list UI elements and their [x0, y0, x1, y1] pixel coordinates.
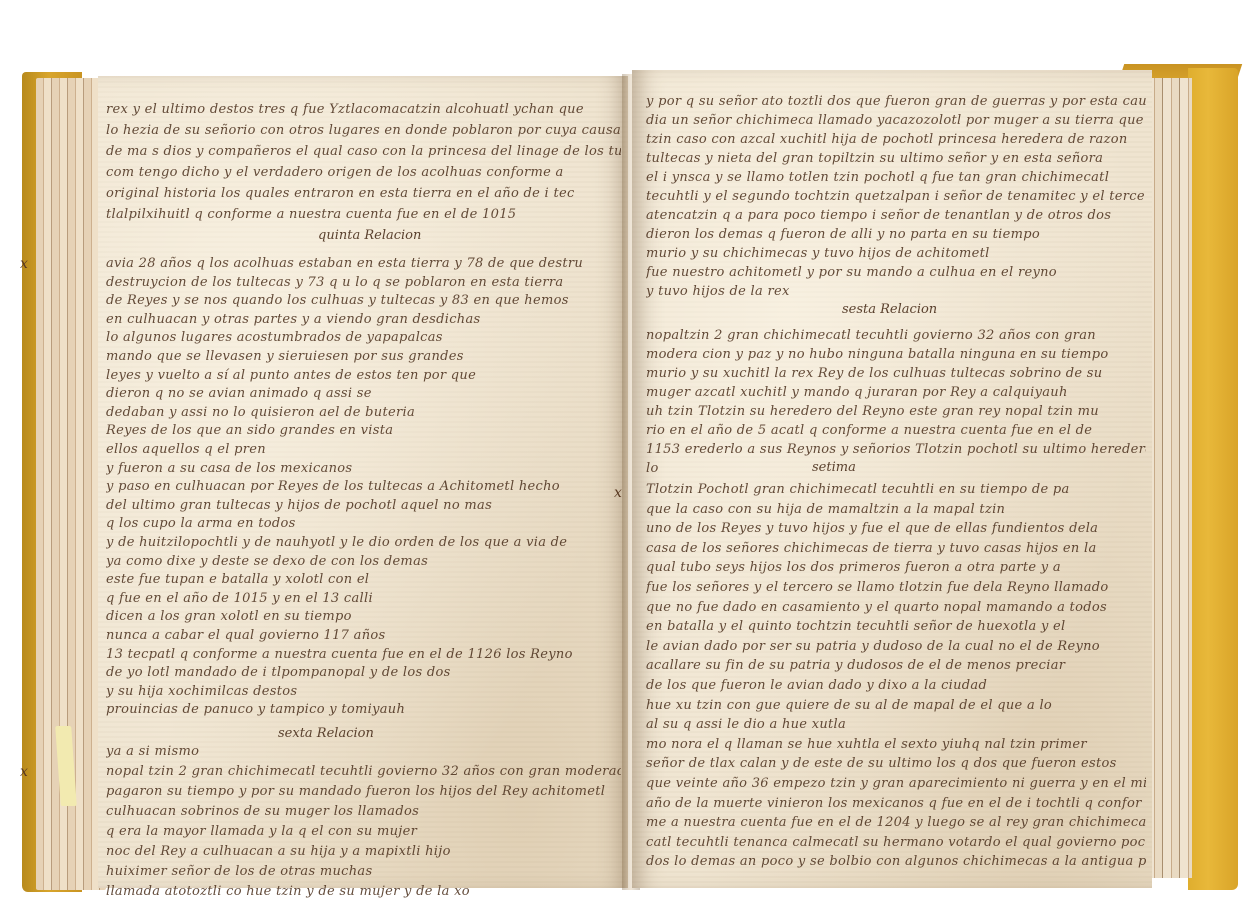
handwritten-line: al su q assi le dio a hue xutla: [646, 717, 1146, 732]
handwritten-line: lo algunos lugares acostumbrados de yapa…: [106, 330, 621, 345]
handwritten-line: y su hija xochimilcas destos: [106, 684, 621, 699]
handwritten-line: avia 28 años q los acolhuas estaban en e…: [106, 256, 621, 271]
handwritten-line: murio y su xuchitl la rex Rey de los cul…: [646, 366, 1146, 381]
handwritten-line: y tuvo hijos de la rex: [646, 284, 1146, 299]
right-page: y por q su señor ato toztli dos que fuer…: [632, 70, 1152, 888]
handwritten-line: y de huitzilopochtli y de nauhyotl y le …: [106, 535, 621, 550]
handwritten-line: q era la mayor llamada y la q el con su …: [106, 824, 621, 839]
handwritten-line: lo: [646, 461, 1146, 476]
manuscript-photo: rex y el ultimo destos tres q fue Yztlac…: [0, 0, 1260, 922]
right-heading-setima: setima: [812, 460, 856, 475]
handwritten-line: tlalpilxihuitl q conforme a nuestra cuen…: [106, 207, 621, 222]
handwritten-line: que la caso con su hija de mamaltzin a l…: [646, 502, 1146, 517]
handwritten-line: catl tecuhtli tenanca calmecatl su herma…: [646, 835, 1146, 850]
handwritten-line: nopal tzin 2 gran chichimecatl tecuhtli …: [106, 764, 621, 779]
handwritten-line: 1153 erederlo a sus Reynos y señorios Tl…: [646, 442, 1146, 457]
handwritten-line: tzin caso con azcal xuchitl hija de poch…: [646, 132, 1146, 147]
margin-mark: x: [614, 485, 622, 501]
handwritten-line: y por q su señor ato toztli dos que fuer…: [646, 94, 1146, 109]
handwritten-line: el i ynsca y se llamo totlen tzin pochot…: [646, 170, 1146, 185]
handwritten-line: ya a si mismo: [106, 744, 621, 759]
handwritten-line: del ultimo gran tultecas y hijos de poch…: [106, 498, 621, 513]
handwritten-line: 13 tecpatl q conforme a nuestra cuenta f…: [106, 647, 621, 662]
handwritten-line: q fue en el año de 1015 y en el 13 calli: [106, 591, 621, 606]
handwritten-line: leyes y vuelto a sí al punto antes de es…: [106, 368, 621, 383]
handwritten-line: lo hezia de su señorio con otros lugares…: [106, 123, 621, 138]
left-heading-sexta: sexta Relacion: [278, 726, 374, 741]
handwritten-line: y fueron a su casa de los mexicanos: [106, 461, 621, 476]
handwritten-line: original historia los quales entraron en…: [106, 186, 621, 201]
handwritten-line: de yo lotl mandado de i tlpompanopal y d…: [106, 665, 621, 680]
handwritten-line: rio en el año de 5 acatl q conforme a nu…: [646, 423, 1146, 438]
handwritten-line: señor de tlax calan y de este de su ulti…: [646, 756, 1146, 771]
handwritten-line: de Reyes y se nos quando los culhuas y t…: [106, 293, 621, 308]
handwritten-line: tultecas y nieta del gran topiltzin su u…: [646, 151, 1146, 166]
handwritten-line: me a nuestra cuenta fue en el de 1204 y …: [646, 815, 1146, 830]
handwritten-line: fue los señores y el tercero se llamo tl…: [646, 580, 1146, 595]
handwritten-line: nopaltzin 2 gran chichimecatl tecuhtli g…: [646, 328, 1146, 343]
handwritten-line: mando que se llevasen y sieruiesen por s…: [106, 349, 621, 364]
handwritten-line: murio y su chichimecas y tuvo hijos de a…: [646, 246, 1146, 261]
handwritten-line: dedaban y assi no lo quisieron ael de bu…: [106, 405, 621, 420]
handwritten-line: uh tzin Tlotzin su heredero del Reyno es…: [646, 404, 1146, 419]
margin-mark: x: [20, 256, 28, 272]
handwritten-line: dieron q no se avian animado q assi se: [106, 386, 621, 401]
handwritten-line: Tlotzin Pochotl gran chichimecatl tecuht…: [646, 482, 1146, 497]
handwritten-line: nunca a cabar el qual govierno 117 años: [106, 628, 621, 643]
handwritten-line: casa de los señores chichimecas de tierr…: [646, 541, 1146, 556]
handwritten-line: noc del Rey a culhuacan a su hija y a ma…: [106, 844, 621, 859]
handwritten-line: q los cupo la arma en todos: [106, 516, 621, 531]
right-heading-sesta: sesta Relacion: [842, 302, 937, 317]
handwritten-line: pagaron su tiempo y por su mandado fuero…: [106, 784, 621, 799]
handwritten-line: dos lo demas an poco y se bolbio con alg…: [646, 854, 1146, 869]
handwritten-line: culhuacan sobrinos de su muger los llama…: [106, 804, 621, 819]
handwritten-line: Reyes de los que an sido grandes en vist…: [106, 423, 621, 438]
handwritten-line: huiximer señor de los de otras muchas: [106, 864, 621, 879]
handwritten-line: modera cion y paz y no hubo ninguna bata…: [646, 347, 1146, 362]
handwritten-line: destruycion de los tultecas y 73 q u lo …: [106, 275, 621, 290]
handwritten-line: prouincias de panuco y tampico y tomiyau…: [106, 702, 621, 717]
handwritten-line: de ma s dios y compañeros el qual caso c…: [106, 144, 621, 159]
handwritten-line: uno de los Reyes y tuvo hijos y fue el q…: [646, 521, 1146, 536]
vellum-cover-right: [1188, 68, 1238, 890]
handwritten-line: de los que fueron le avian dado y dixo a…: [646, 678, 1146, 693]
handwritten-line: en batalla y el quinto tochtzin tecuhtli…: [646, 619, 1146, 634]
handwritten-line: ya como dixe y deste se dexo de con los …: [106, 554, 621, 569]
handwritten-line: que no fue dado en casamiento y el quart…: [646, 600, 1146, 615]
handwritten-line: hue xu tzin con gue quiere de su al de m…: [646, 698, 1146, 713]
handwritten-line: y paso en culhuacan por Reyes de los tul…: [106, 479, 621, 494]
handwritten-line: que veinte año 36 empezo tzin y gran apa…: [646, 776, 1146, 791]
handwritten-line: com tengo dicho y el verdadero origen de…: [106, 165, 621, 180]
handwritten-line: dicen a los gran xolotl en su tiempo: [106, 609, 621, 624]
handwritten-line: dia un señor chichimeca llamado yacazozo…: [646, 113, 1146, 128]
handwritten-line: dieron los demas q fueron de alli y no p…: [646, 227, 1146, 242]
handwritten-line: fue nuestro achitometl y por su mando a …: [646, 265, 1146, 280]
handwritten-line: en culhuacan y otras partes y a viendo g…: [106, 312, 621, 327]
handwritten-line: rex y el ultimo destos tres q fue Yztlac…: [106, 102, 621, 117]
left-heading-quinta: quinta Relacion: [318, 228, 421, 243]
left-page: rex y el ultimo destos tres q fue Yztlac…: [98, 76, 628, 888]
page-edges-right: [1146, 78, 1192, 878]
margin-mark: x: [20, 764, 28, 780]
handwritten-line: llamada atotoztli co hue tzin y de su mu…: [106, 884, 621, 899]
handwritten-line: mo nora el q llaman se hue xuhtla el sex…: [646, 737, 1146, 752]
handwritten-line: año de la muerte vinieron los mexicanos …: [646, 796, 1146, 811]
handwritten-line: ellos aquellos q el pren: [106, 442, 621, 457]
handwritten-line: tecuhtli y el segundo tochtzin quetzalpa…: [646, 189, 1146, 204]
handwritten-line: le avian dado por ser su patria y dudoso…: [646, 639, 1146, 654]
handwritten-line: este fue tupan e batalla y xolotl con el: [106, 572, 621, 587]
handwritten-line: acallare su fin de su patria y dudosos d…: [646, 658, 1146, 673]
handwritten-line: muger azcatl xuchitl y mando q juraran p…: [646, 385, 1146, 400]
handwritten-line: atencatzin q a para poco tiempo i señor …: [646, 208, 1146, 223]
handwritten-line: qual tubo seys hijos los dos primeros fu…: [646, 560, 1146, 575]
